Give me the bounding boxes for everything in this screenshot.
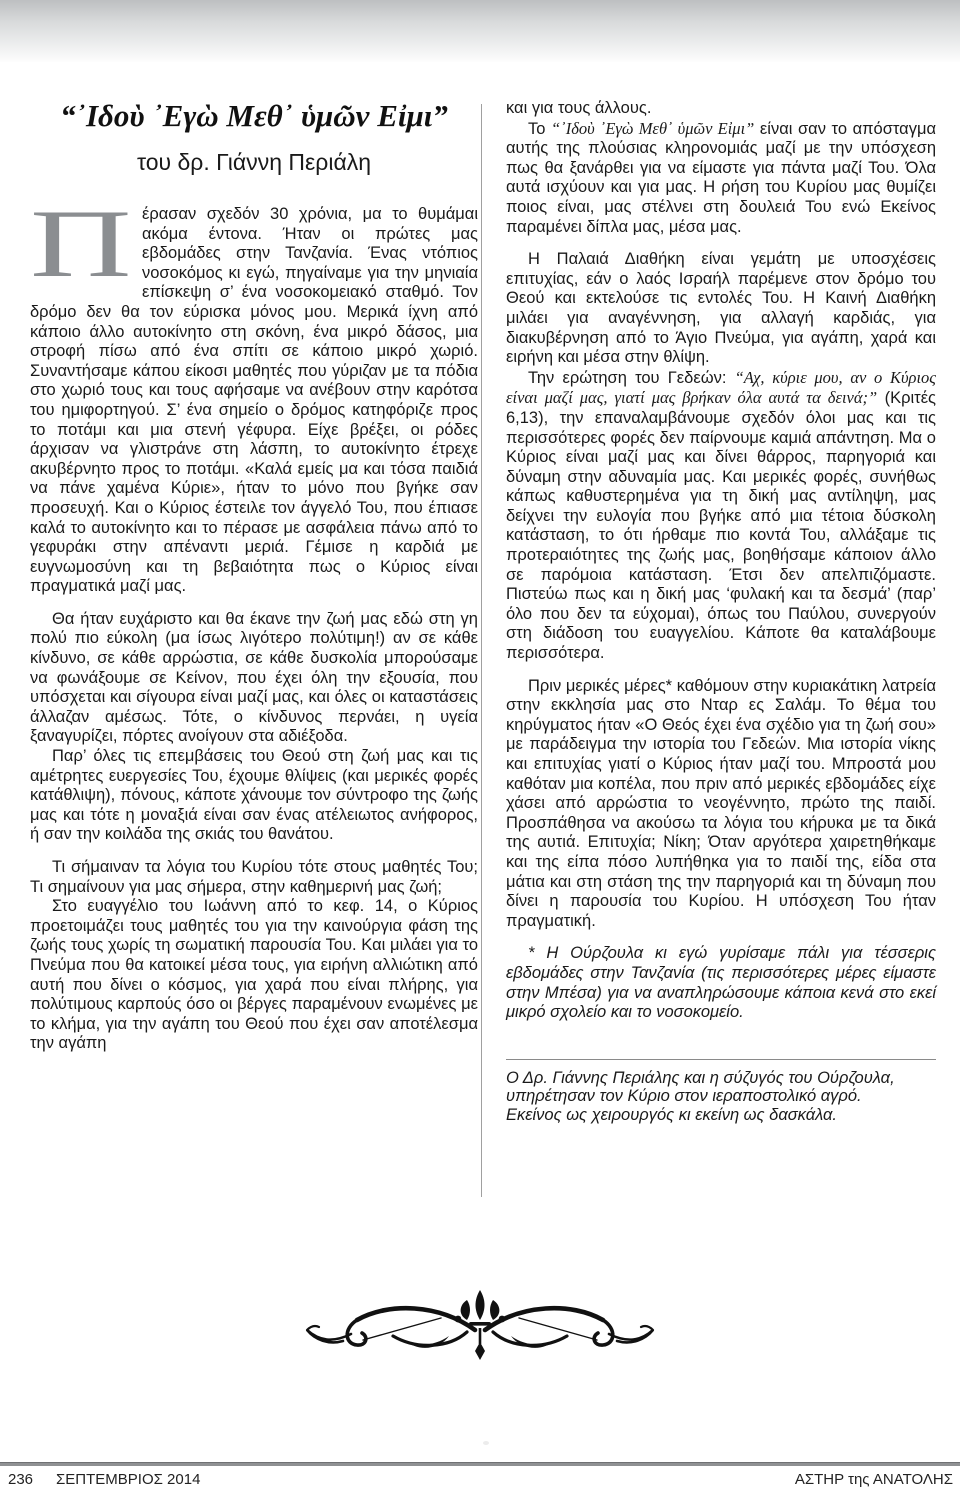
paragraph: * Η Ούρζουλα κι εγώ γυρίσαμε πάλι για τέ…	[506, 944, 936, 1022]
dropcap-letter: Π	[30, 208, 134, 284]
paragraph: Την ερώτηση του Γεδεών: “Αχ, κύριε μου, …	[506, 368, 936, 664]
paragraph: Στο ευαγγέλιο του Ιωάννη από το κεφ. 14,…	[30, 897, 478, 1054]
scan-smudge	[483, 1441, 489, 1445]
paragraph: Θα ήταν ευχάριστο και θα έκανε την ζωή μ…	[30, 610, 478, 747]
paragraph: Πέρασαν σχεδόν 30 χρόνια, μα το θυμάμαι …	[30, 205, 478, 597]
right-column: και για τους άλλους.Το “᾿Ιδοὺ ᾿Εγὼ Μεθ᾿ …	[506, 99, 936, 1125]
paragraph: Τι σήμαιναν τα λόγια του Κυρίου τότε στο…	[30, 858, 478, 897]
inline-quote: “᾿Ιδοὺ ᾿Εγὼ Μεθ᾿ ὑμῶν Εἰμι”	[551, 119, 754, 138]
page-title: “᾿Ιδοὺ ᾿Εγὼ Μεθ᾿ ὑμῶν Εἰμι”	[30, 98, 478, 134]
credit-divider-line	[506, 1059, 936, 1060]
paragraph: Η Παλαιά Διαθήκη είναι γεμάτη με υποσχέσ…	[506, 250, 936, 368]
inline-quote: “Αχ, κύριε μου, αν ο Κύριος είναι μαζί μ…	[506, 368, 936, 408]
paragraph: Παρ’ όλες τις επεμβάσεις του Θεού στη ζω…	[30, 747, 478, 845]
magazine-title: ΑΣΤΗΡ της ΑΝΑΤΟΛΗΣ	[795, 1471, 953, 1488]
inline-quote: * Η Ούρζουλα κι εγώ γυρίσαμε πάλι για τέ…	[506, 944, 936, 1021]
paragraph: Πριν μερικές μέρες* καθόμουν στην κυριακ…	[506, 677, 936, 932]
right-column-text: και για τους άλλους.Το “᾿Ιδοὺ ᾿Εγὼ Μεθ᾿ …	[506, 99, 936, 1023]
credit-line: Εκείνος ως χειρουργός κι εκείνη ως δασκά…	[506, 1106, 936, 1125]
left-column: “᾿Ιδοὺ ᾿Εγὼ Μεθ᾿ ὑμῶν Εἰμι” του δρ. Γιάν…	[30, 96, 478, 1054]
byline: του δρ. Γιάννη Περιάλη	[30, 149, 478, 176]
issue-date: ΣΕΠΤΕΜΒΡΙΟΣ 2014	[56, 1471, 200, 1488]
credit-line: υπηρέτησαν τον Κύριο στον ιεραποστολικό …	[506, 1087, 936, 1106]
left-column-text: Πέρασαν σχεδόν 30 χρόνια, μα το θυμάμαι …	[30, 205, 478, 1054]
footer-rule	[0, 1462, 960, 1466]
paragraph: και για τους άλλους.	[506, 99, 936, 119]
column-divider-line	[481, 104, 482, 1197]
flourish-ornament	[305, 1288, 655, 1372]
author-credit: Ο Δρ. Γιάννης Περιάλης και η σύζυγός του…	[506, 1069, 936, 1125]
paragraph: Το “᾿Ιδοὺ ᾿Εγὼ Μεθ᾿ ὑμῶν Εἰμι” είναι σαν…	[506, 119, 936, 238]
header-gradient-band	[0, 0, 960, 62]
credit-line: Ο Δρ. Γιάννης Περιάλης και η σύζυγός του…	[506, 1069, 936, 1088]
page-number: 236	[8, 1471, 33, 1488]
